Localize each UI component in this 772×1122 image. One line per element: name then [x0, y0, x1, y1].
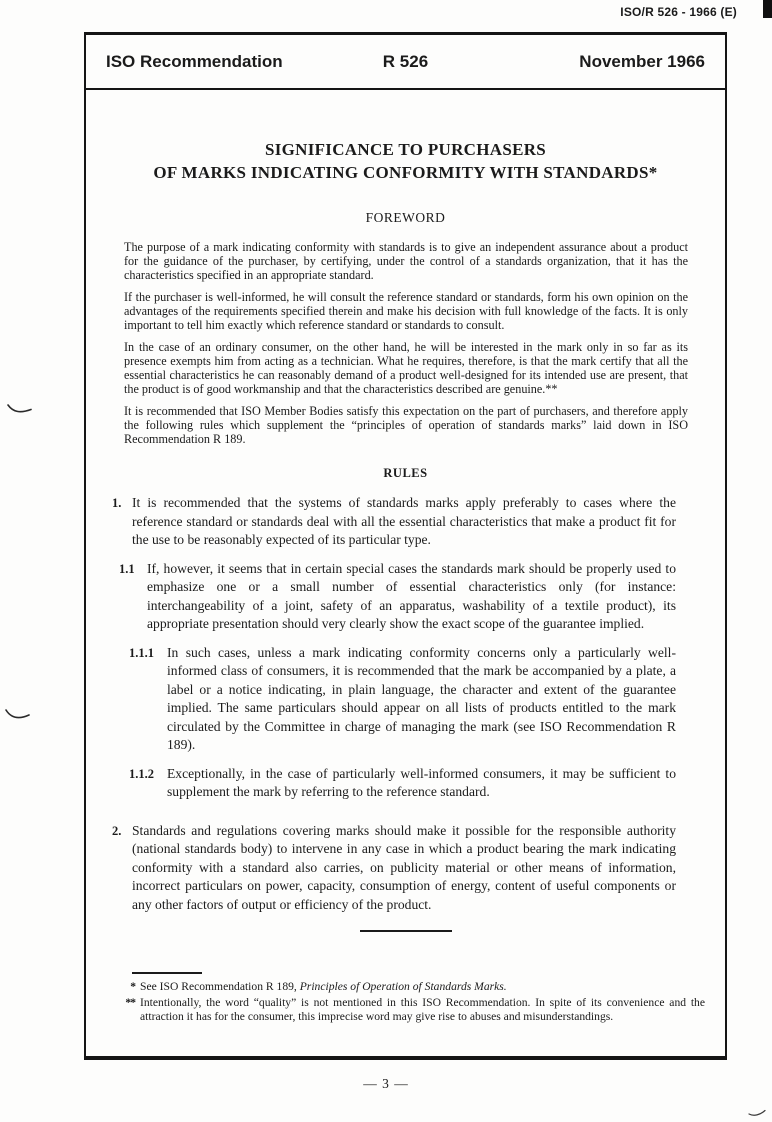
footnote-text-plain: See ISO Recommendation R 189,	[140, 980, 300, 993]
doc-title-line1: SIGNIFICANCE TO PURCHASERS	[86, 138, 725, 161]
rules-heading: RULES	[86, 466, 725, 481]
rule-number: 1.1.1	[129, 644, 167, 755]
rule-text: It is recommended that the systems of st…	[132, 494, 676, 550]
rule-number: 2.	[112, 822, 132, 915]
document-page: ISO/R 526 - 1966 (E) ISO Recommendation …	[0, 0, 772, 1122]
doc-ref: ISO/R 526 - 1966 (E)	[620, 5, 737, 19]
doc-title-line2: OF MARKS INDICATING CONFORMITY WITH STAN…	[86, 161, 725, 184]
footnote-text: Intentionally, the word “quality” is not…	[140, 996, 705, 1024]
rule-text: Standards and regulations covering marks…	[132, 822, 676, 915]
foreword-paragraph: The purpose of a mark indicating conform…	[124, 240, 688, 282]
footnote-text-plain: Intentionally, the word “quality” is not…	[140, 996, 705, 1023]
header-date: November 1966	[494, 52, 705, 72]
header-org: ISO Recommendation	[106, 52, 317, 72]
foreword-heading: FOREWORD	[86, 210, 725, 226]
footnote-divider	[132, 972, 202, 974]
rule-item: 1.1.2 Exceptionally, in the case of part…	[129, 765, 725, 802]
rule-number: 1.1	[119, 560, 147, 634]
footnote-marker: **	[114, 996, 140, 1024]
footnote-marker: *	[114, 980, 140, 994]
rule-text: If, however, it seems that in certain sp…	[147, 560, 676, 634]
page-number: — 3 —	[0, 1076, 772, 1092]
section-divider	[360, 930, 452, 932]
corner-mark-icon	[748, 1108, 766, 1118]
rule-item: 1.1 If, however, it seems that in certai…	[119, 560, 725, 634]
page-frame: ISO Recommendation R 526 November 1966 S…	[84, 32, 727, 1060]
margin-mark-icon	[5, 706, 31, 722]
footnote-text-italic: Principles of Operation of Standards Mar…	[300, 980, 507, 993]
margin-mark-icon	[7, 402, 33, 416]
corner-bar	[763, 0, 772, 18]
footnote: * See ISO Recommendation R 189, Principl…	[114, 980, 705, 994]
rule-item: 1. It is recommended that the systems of…	[112, 494, 725, 550]
rule-item: 2. Standards and regulations covering ma…	[112, 822, 725, 915]
footnote-text: See ISO Recommendation R 189, Principles…	[140, 980, 705, 994]
foreword-paragraph: In the case of an ordinary consumer, on …	[124, 340, 688, 396]
rule-text: In such cases, unless a mark indicating …	[167, 644, 676, 755]
rule-text: Exceptionally, in the case of particular…	[167, 765, 676, 802]
rule-number: 1.	[112, 494, 132, 550]
rule-item: 1.1.1 In such cases, unless a mark indic…	[129, 644, 725, 755]
rule-number: 1.1.2	[129, 765, 167, 802]
header-box: ISO Recommendation R 526 November 1966	[86, 35, 725, 90]
foreword-paragraph: It is recommended that ISO Member Bodies…	[124, 404, 688, 446]
header-ref: R 526	[317, 52, 493, 72]
foreword-paragraph: If the purchaser is well-informed, he wi…	[124, 290, 688, 332]
doc-title: SIGNIFICANCE TO PURCHASERS OF MARKS INDI…	[86, 138, 725, 184]
footnote: ** Intentionally, the word “quality” is …	[114, 996, 705, 1024]
